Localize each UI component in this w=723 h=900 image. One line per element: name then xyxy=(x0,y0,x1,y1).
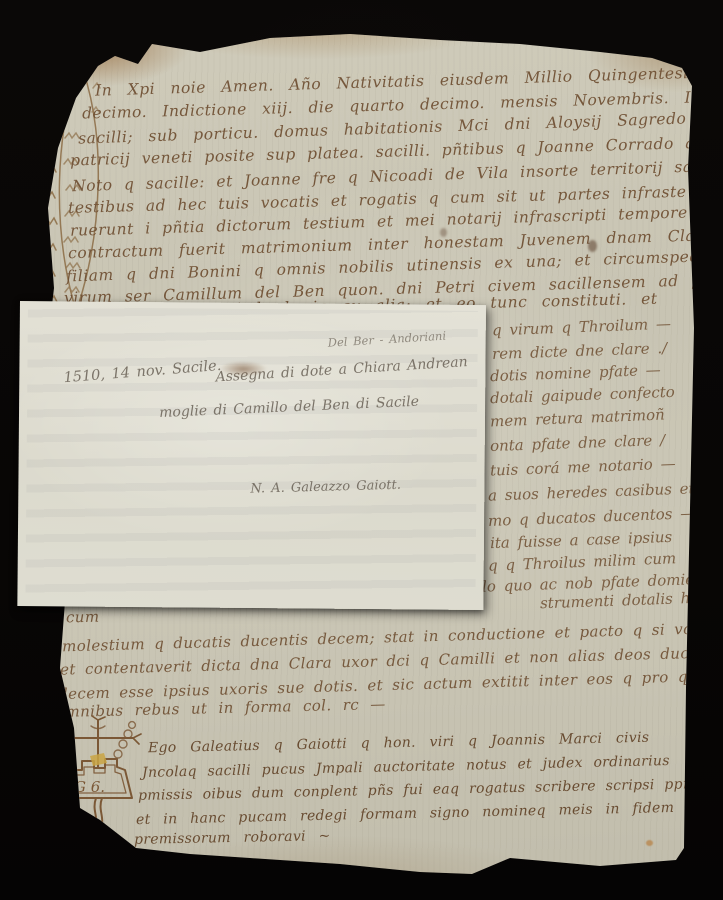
archival-slip: Del Ber - Andoriani 1510, 14 nov. Sacile… xyxy=(17,301,486,610)
notary-subscription-line: Jncolaq sacilli pucus Jmpali auctoritate… xyxy=(142,753,670,781)
manuscript-line-fragment: q virum q Throilum — xyxy=(492,315,672,340)
manuscript-line-fragment: rem dicte dne clare ./ xyxy=(492,339,668,363)
manuscript-line: cum xyxy=(66,608,100,627)
manuscript-line-fragment: onta pfate dne clare / xyxy=(490,431,666,455)
manuscript-line-fragment: dotis nomine pfate — xyxy=(490,361,661,386)
slip-notary-line: N. A. Galeazzo Gaiott. xyxy=(250,478,401,497)
slip-corner-note: Del Ber - Andoriani xyxy=(327,329,446,350)
manuscript-line-fragment: mem retura matrimoñ xyxy=(490,405,665,430)
manuscript-line-fragment: a suos heredes casibus et xyxy=(488,479,695,504)
manuscript-line-fragment: dotali gaipude confecto xyxy=(490,383,675,407)
rust-spot xyxy=(646,840,653,846)
notary-subscription-line: Ego Galeatius q Gaiotti q hon. viri q Jo… xyxy=(148,730,650,756)
manuscript-line-fragment: tuis corá me notario — xyxy=(490,454,676,479)
manuscript-line-fragment: mo q ducatos ducentos — xyxy=(488,504,696,530)
manuscript-line-fragment: ita fuisse a case ipsius xyxy=(490,528,673,552)
slip-subject-line: moglie di Camillo del Ben di Sacile xyxy=(159,394,419,421)
slip-date-line: 1510, 14 nov. Sacile. xyxy=(63,358,222,386)
notary-subscription-line: premissorum roboravi ~ xyxy=(134,828,331,848)
ink-smudge xyxy=(219,361,267,377)
notary-subscription-line: pmissis oibus dum conplent pñs fui eaq r… xyxy=(138,776,704,804)
notary-subscription-line: et in hanc pucam redegi formam signo nom… xyxy=(136,800,674,828)
